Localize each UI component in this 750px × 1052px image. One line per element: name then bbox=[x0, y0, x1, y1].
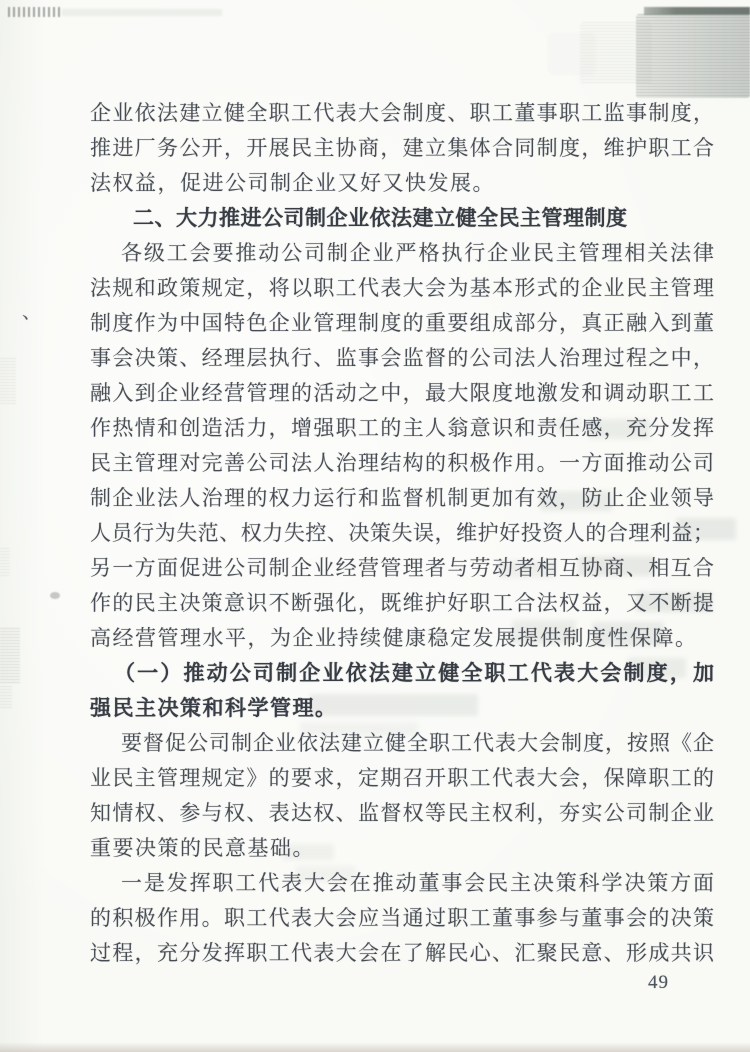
text-line: 重要决策的民意基础。 bbox=[90, 831, 714, 866]
text-line: 的积极作用。职工代表大会应当通过职工董事参与董事会的决策 bbox=[90, 901, 714, 936]
text-line: 高经营管理水平，为企业持续健康稳定发展提供制度性保障。 bbox=[90, 621, 714, 656]
text-line: 制度作为中国特色企业管理制度的重要组成部分，真正融入到董 bbox=[90, 306, 714, 341]
text-line: 作的民主决策意识不断强化，既维护好职工合法权益，又不断提 bbox=[90, 586, 714, 621]
scan-smudge-top-right-mid bbox=[580, 22, 652, 84]
scan-streak-left-edge bbox=[0, 358, 16, 406]
scan-mark-top-left bbox=[8, 7, 60, 17]
scan-smudge-top-right bbox=[636, 14, 750, 98]
heading-line: 二、大力推进公司制企业依法建立健全民主管理制度 bbox=[90, 201, 714, 236]
text-line: 过程，充分发挥职工代表大会在了解民心、汇聚民意、形成共识 bbox=[90, 936, 714, 971]
text-line: 制企业法人治理的权力运行和监督机制更加有效，防止企业领导 bbox=[90, 481, 714, 516]
scan-streak-left-edge bbox=[0, 686, 12, 708]
scan-smudge-top-right-tail bbox=[548, 34, 596, 74]
text-line: 另一方面促进公司制企业经营管理者与劳动者相互协商、相互合 bbox=[90, 551, 714, 586]
document-body: 企业依法建立健全职工代表大会制度、职工董事职工监事制度，推进厂务公开，开展民主协… bbox=[90, 96, 714, 971]
text-line: 一是发挥职工代表大会在推动董事会民主决策科学决策方面 bbox=[90, 866, 714, 901]
text-line: 各级工会要推动公司制企业严格执行企业民主管理相关法律 bbox=[90, 236, 714, 271]
scan-shadow-bottom-edge bbox=[0, 1042, 750, 1052]
text-line: 知情权、参与权、表达权、监督权等民主权利，夯实公司制企业 bbox=[90, 796, 714, 831]
scan-streak-left-edge bbox=[0, 548, 10, 576]
text-line: 法规和政策规定，将以职工代表大会为基本形式的企业民主管理 bbox=[90, 271, 714, 306]
text-line: 民主管理对完善公司法人治理结构的积极作用。一方面推动公司 bbox=[90, 446, 714, 481]
text-line: 作热情和创造活力，增强职工的主人翁意识和责任感，充分发挥 bbox=[90, 411, 714, 446]
text-line: 融入到企业经营管理的活动之中，最大限度地激发和调动职工工 bbox=[90, 376, 714, 411]
document-page: 、 企业依法建立健全职工代表大会制度、职工董事职工监事制度，推进厂务公开，开展民… bbox=[0, 0, 750, 1052]
text-line: 事会决策、经理层执行、监事会监督的公司法人治理过程之中， bbox=[90, 341, 714, 376]
scan-bar-top-right bbox=[644, 7, 750, 15]
stray-punctuation-mark: 、 bbox=[22, 303, 41, 322]
scan-dot bbox=[50, 592, 60, 599]
text-line: 人员行为失范、权力失控、决策失误，维护好投资人的合理利益； bbox=[90, 516, 714, 551]
text-line: 业民主管理规定》的要求，定期召开职工代表大会，保障职工的 bbox=[90, 761, 714, 796]
text-line: 要督促公司制企业依法建立健全职工代表大会制度，按照《企 bbox=[90, 726, 714, 761]
text-line: 企业依法建立健全职工代表大会制度、职工董事职工监事制度， bbox=[90, 96, 714, 131]
heading-line: 强民主决策和科学管理。 bbox=[90, 691, 714, 726]
text-line: 推进厂务公开，开展民主协商，建立集体合同制度，维护职工合 bbox=[90, 131, 714, 166]
scan-streak-top-left bbox=[62, 9, 222, 16]
page-number: 49 bbox=[648, 972, 669, 994]
text-line: 法权益，促进公司制企业又好又快发展。 bbox=[90, 166, 714, 201]
heading-line: （一）推动公司制企业依法建立健全职工代表大会制度，加 bbox=[90, 656, 714, 691]
scan-streak-left-edge bbox=[0, 628, 20, 684]
